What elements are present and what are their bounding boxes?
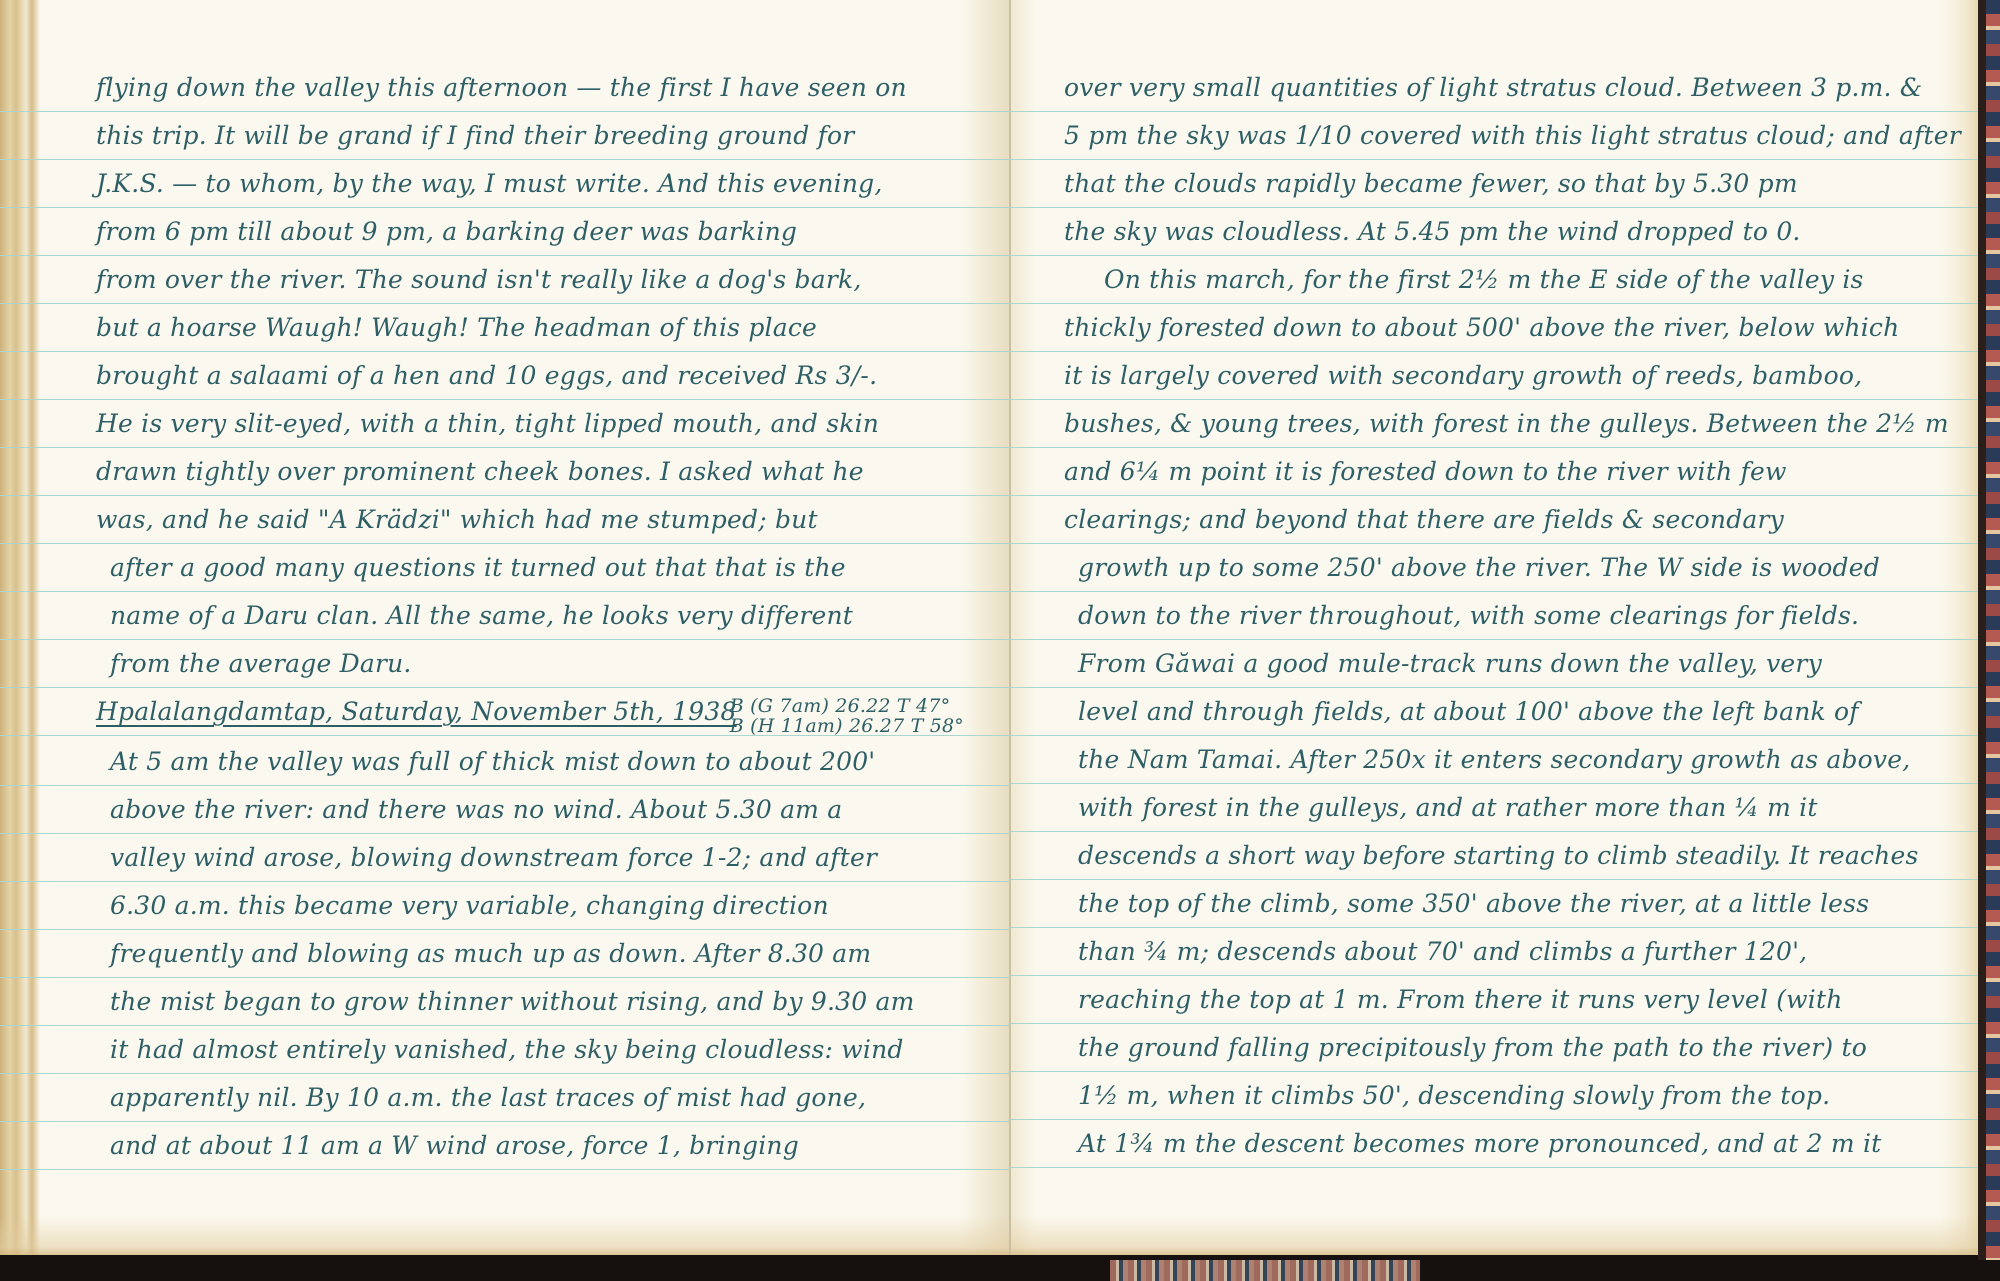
diary-line: J.K.S. — to whom, by the way, I must wri…: [0, 160, 1010, 208]
line-text: down to the river throughout, with some …: [1064, 592, 1859, 640]
line-text: it had almost entirely vanished, the sky…: [96, 1026, 904, 1074]
line-text: the sky was cloudless. At 5.45 pm the wi…: [1064, 208, 1801, 256]
diary-line: bushes, & young trees, with forest in th…: [1010, 400, 1978, 448]
entry-heading: Hpalalangdamtap, Saturday, November 5th,…: [0, 688, 1010, 736]
line-text: drawn tightly over prominent cheek bones…: [96, 448, 864, 496]
diary-line: over very small quantities of light stra…: [1010, 64, 1978, 112]
marbled-page-edge-right: [1986, 0, 2000, 1260]
marbled-page-edge-bottom: [1110, 1260, 1420, 1281]
line-text: valley wind arose, blowing downstream fo…: [96, 834, 877, 882]
diary-line: On this march, for the first 2½ m the E …: [1010, 256, 1978, 304]
diary-line: than ¾ m; descends about 70' and climbs …: [1010, 928, 1978, 976]
line-text: reaching the top at 1 m. From there it r…: [1064, 976, 1843, 1024]
diary-line: 5 pm the sky was 1/10 covered with this …: [1010, 112, 1978, 160]
diary-line: descends a short way before starting to …: [1010, 832, 1978, 880]
page-stain: [1010, 1215, 1978, 1255]
diary-line: 1½ m, when it climbs 50', descending slo…: [1010, 1072, 1978, 1120]
line-text: He is very slit-eyed, with a thin, tight…: [96, 400, 879, 448]
diary-line: At 1¾ m the descent becomes more pronoun…: [1010, 1120, 1978, 1168]
line-text: bushes, & young trees, with forest in th…: [1064, 400, 1949, 448]
line-text: flying down the valley this afternoon — …: [96, 64, 907, 112]
line-text: but a hoarse Waugh! Waugh! The headman o…: [96, 304, 817, 352]
diary-line: but a hoarse Waugh! Waugh! The headman o…: [0, 304, 1010, 352]
diary-line: above the river: and there was no wind. …: [0, 786, 1010, 834]
entry-place-date: Hpalalangdamtap, Saturday, November 5th,…: [96, 688, 737, 736]
diary-line: from 6 pm till about 9 pm, a barking dee…: [0, 208, 1010, 256]
diary-line: down to the river throughout, with some …: [1010, 592, 1978, 640]
line-text: frequently and blowing as much up as dow…: [96, 930, 871, 978]
diary-line: and 6¼ m point it is forested down to th…: [1010, 448, 1978, 496]
line-text: At 5 am the valley was full of thick mis…: [96, 738, 875, 786]
diary-line: this trip. It will be grand if I find th…: [0, 112, 1010, 160]
diary-line: At 5 am the valley was full of thick mis…: [0, 738, 1010, 786]
diary-line: drawn tightly over prominent cheek bones…: [0, 448, 1010, 496]
line-text: from the average Daru.: [96, 640, 412, 688]
line-text: after a good many questions it turned ou…: [96, 544, 846, 592]
line-text: with forest in the gulleys, and at rathe…: [1064, 784, 1818, 832]
diary-line: the sky was cloudless. At 5.45 pm the wi…: [1010, 208, 1978, 256]
diary-line: from the average Daru.: [0, 640, 1010, 688]
line-text: that the clouds rapidly became fewer, so…: [1064, 160, 1798, 208]
line-text: J.K.S. — to whom, by the way, I must wri…: [96, 160, 883, 208]
diary-line: level and through fields, at about 100' …: [1010, 688, 1978, 736]
diary-line: growth up to some 250' above the river. …: [1010, 544, 1978, 592]
line-text: apparently nil. By 10 a.m. the last trac…: [96, 1074, 866, 1122]
diary-line: it is largely covered with secondary gro…: [1010, 352, 1978, 400]
barometer-readings: B (G 7am) 26.22 T 47° B (H 11am) 26.27 T…: [730, 696, 964, 736]
line-text: name of a Daru clan. All the same, he lo…: [96, 592, 853, 640]
diary-line: it had almost entirely vanished, the sky…: [0, 1026, 1010, 1074]
notebook-spread: flying down the valley this afternoon — …: [0, 0, 2000, 1281]
book-bottom-edge: [0, 1255, 2000, 1281]
barometer-reading: B (H 11am) 26.27 T 58°: [730, 716, 964, 736]
diary-line: from over the river. The sound isn't rea…: [0, 256, 1010, 304]
diary-line: the top of the climb, some 350' above th…: [1010, 880, 1978, 928]
diary-line: From Găwai a good mule-track runs down t…: [1010, 640, 1978, 688]
line-text: brought a salaami of a hen and 10 eggs, …: [96, 352, 877, 400]
line-text: On this march, for the first 2½ m the E …: [1064, 256, 1864, 304]
diary-line: valley wind arose, blowing downstream fo…: [0, 834, 1010, 882]
line-text: growth up to some 250' above the river. …: [1064, 544, 1880, 592]
line-text: from over the river. The sound isn't rea…: [96, 256, 861, 304]
diary-line: the mist began to grow thinner without r…: [0, 978, 1010, 1026]
line-text: was, and he said "A Krädzi" which had me…: [96, 496, 818, 544]
line-text: this trip. It will be grand if I find th…: [96, 112, 854, 160]
diary-line: brought a salaami of a hen and 10 eggs, …: [0, 352, 1010, 400]
diary-line: the Nam Tamai. After 250x it enters seco…: [1010, 736, 1978, 784]
diary-line: that the clouds rapidly became fewer, so…: [1010, 160, 1978, 208]
diary-line: after a good many questions it turned ou…: [0, 544, 1010, 592]
diary-line: frequently and blowing as much up as dow…: [0, 930, 1010, 978]
line-text: than ¾ m; descends about 70' and climbs …: [1064, 928, 1807, 976]
barometer-reading: B (G 7am) 26.22 T 47°: [730, 696, 964, 716]
line-text: and at about 11 am a W wind arose, force…: [96, 1122, 799, 1170]
diary-line: the ground falling precipitously from th…: [1010, 1024, 1978, 1072]
line-text: 5 pm the sky was 1/10 covered with this …: [1064, 112, 1961, 160]
diary-line: thickly forested down to about 500' abov…: [1010, 304, 1978, 352]
diary-line: with forest in the gulleys, and at rathe…: [1010, 784, 1978, 832]
line-text: above the river: and there was no wind. …: [96, 786, 842, 834]
diary-line: reaching the top at 1 m. From there it r…: [1010, 976, 1978, 1024]
line-text: the Nam Tamai. After 250x it enters seco…: [1064, 736, 1910, 784]
line-text: the ground falling precipitously from th…: [1064, 1024, 1867, 1072]
diary-line: 6.30 a.m. this became very variable, cha…: [0, 882, 1010, 930]
line-text: level and through fields, at about 100' …: [1064, 688, 1859, 736]
line-text: the mist began to grow thinner without r…: [96, 978, 915, 1026]
line-text: thickly forested down to about 500' abov…: [1064, 304, 1899, 352]
diary-line: flying down the valley this afternoon — …: [0, 64, 1010, 112]
line-text: the top of the climb, some 350' above th…: [1064, 880, 1869, 928]
diary-line: apparently nil. By 10 a.m. the last trac…: [0, 1074, 1010, 1122]
line-text: 1½ m, when it climbs 50', descending slo…: [1064, 1072, 1830, 1120]
page-stain: [0, 1215, 1010, 1255]
line-text: it is largely covered with secondary gro…: [1064, 352, 1862, 400]
diary-line: clearings; and beyond that there are fie…: [1010, 496, 1978, 544]
diary-line: was, and he said "A Krädzi" which had me…: [0, 496, 1010, 544]
diary-line: He is very slit-eyed, with a thin, tight…: [0, 400, 1010, 448]
line-text: descends a short way before starting to …: [1064, 832, 1918, 880]
diary-line: name of a Daru clan. All the same, he lo…: [0, 592, 1010, 640]
line-text: At 1¾ m the descent becomes more pronoun…: [1064, 1120, 1881, 1168]
line-text: from 6 pm till about 9 pm, a barking dee…: [96, 208, 797, 256]
line-text: clearings; and beyond that there are fie…: [1064, 496, 1784, 544]
line-text: From Găwai a good mule-track runs down t…: [1064, 640, 1822, 688]
line-text: over very small quantities of light stra…: [1064, 64, 1922, 112]
line-text: and 6¼ m point it is forested down to th…: [1064, 448, 1787, 496]
line-text: 6.30 a.m. this became very variable, cha…: [96, 882, 829, 930]
diary-line: and at about 11 am a W wind arose, force…: [0, 1122, 1010, 1170]
